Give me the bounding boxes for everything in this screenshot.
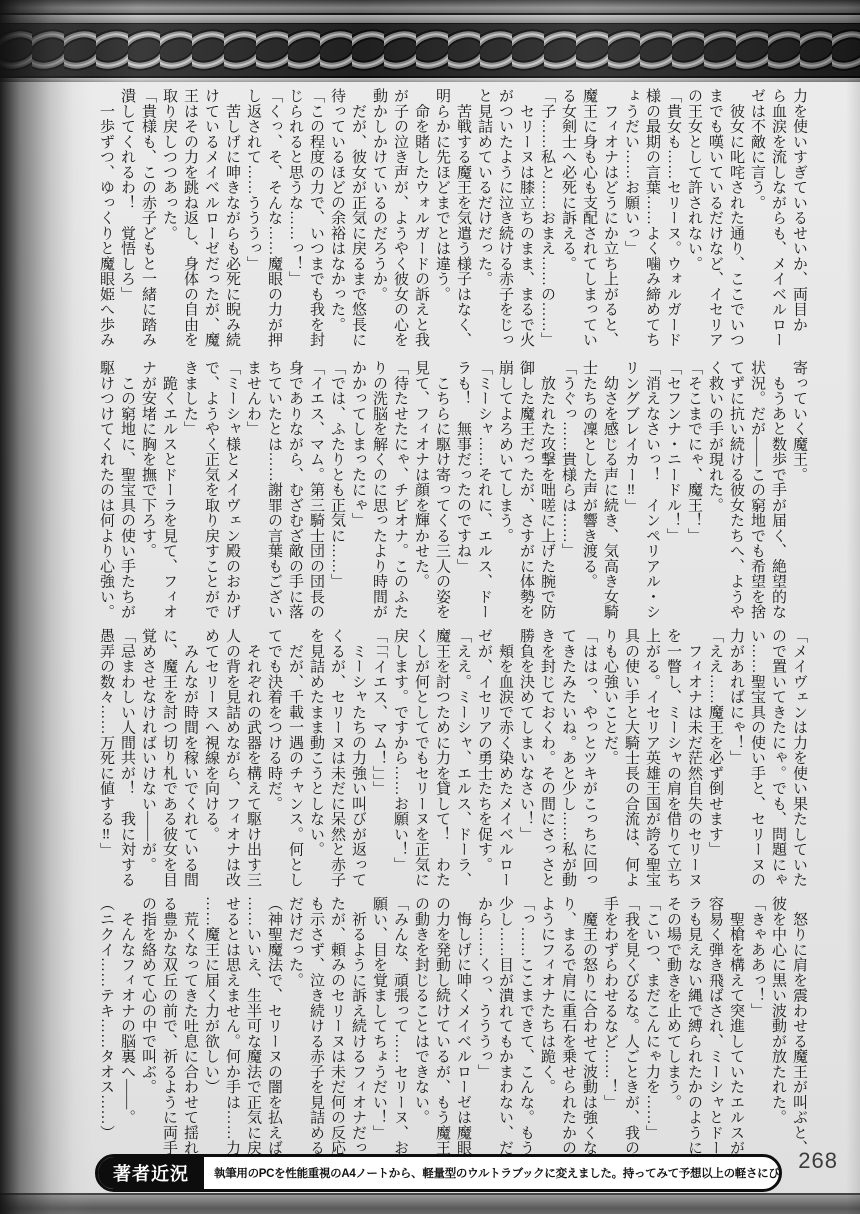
text-column: ……いいえ、生半可な魔法で正気に戻 [242,896,263,1158]
text-column: 「ミーシャ様とメイヴェン殿のおかげ [221,360,242,622]
text-column: 崩してよろめいてしまう。 [494,360,515,622]
text-column: 状況。だが——この窮地でも希望を捨 [746,360,767,622]
text-column: 「ミーシャ……それに、エルス、ドー [473,360,494,622]
text-column: けているメイベルローゼだったが、魔 [200,88,221,350]
text-band-4: 怒りに肩を震わせる魔王が叫ぶと、彼を中心に黒い波動が放たれた。「きゃああっ！」 … [95,896,809,1158]
text-column: 「っ……ここまできて、こんな。もう [515,896,536,1158]
text-column: きました」 [179,360,200,622]
text-column: ようにフィオナたちは跪く。 [536,896,557,1158]
author-status-text: 執筆用のPCを性能重視のA4ノートから、軽量型のウルトラブックに変えました。持っ… [204,1157,782,1189]
text-column: 彼を中心に黒い波動が放たれた。 [767,896,788,1158]
text-column: セリーヌは膝立ちのまま、まるで火 [515,88,536,350]
text-column: りの洗脳を解くのに思ったより時間が [368,360,389,622]
text-column: たが、頼みのセリーヌは未だ何の反応 [326,896,347,1158]
text-column: フィオナは未だ茫然自失のセリーヌ [683,628,704,890]
text-column: の力を発動し続けているが、もう魔王 [431,896,452,1158]
text-column: 「みんな、頑張って……セリーヌ、お [389,896,410,1158]
text-column: ラも見えない縄で縛られたかのように [683,896,704,1158]
author-status-label: 著者近況 [98,1157,204,1189]
text-column: くしが何としてでもセリーヌを正気に [410,628,431,890]
text-column: の動きを封じることはできない。 [410,896,431,1158]
text-column: の王女として許されない。 [683,88,704,350]
text-column: 彼女に叱咤された通り、ここでいつ [725,88,746,350]
text-column: 放たれた攻撃を咄嗟に上げた腕で防 [536,360,557,622]
text-column: 駆けつけてくれたのは何より心強い。 [95,360,116,622]
text-column: 「くっ、そ、そんな……魔眼の力が押 [263,88,284,350]
text-column: 聖槍を構えて突進していたエルスが [725,896,746,1158]
text-column: ませんわ」 [242,360,263,622]
text-column: と見詰めているだけだった。 [473,88,494,350]
text-column: みんなが時間を稼いでくれている間 [179,628,200,890]
text-column: 「ええ……魔王を必ず倒せます」 [704,628,725,890]
text-column: 寄っていく魔王。 [788,360,809,622]
text-column: 待っているほどの余裕はなかった。 [326,88,347,350]
text-column: めてセリーヌへ視線を向ける。 [200,628,221,890]
text-band-3: 「メイヴェンは力を使い果たしていたので置いてきたにゃ。でも、問題にゃい……聖宝具… [95,628,809,890]
text-column: 「忌まわしい人間共が！ 我に対する [116,628,137,890]
text-column: 御した魔王だったが、さすがに体勢を [515,360,536,622]
text-column: こちらに駆け寄ってくる三人の姿を [431,360,452,622]
text-column: じられると思うな……っ！」 [284,88,305,350]
text-column: 「待たせたにゃ、チビオナ。このふた [389,360,410,622]
text-column: ゼは不敵に言う。 [746,88,767,350]
page-number: 268 [798,1148,838,1174]
text-column: 「「「イエス、マム！」」」 [368,628,389,890]
text-column: が子の泣き声が、ようやく彼女の心を [389,88,410,350]
text-column: くるが、セリーヌは未だに呆然と赤子 [326,628,347,890]
text-column: 容易く弾き飛ばされ、ミーシャとドー [704,896,725,1158]
text-column: フィオナはどうにか立ち上がると、 [599,88,620,350]
book-page: { "page": { "number": "268", "bands": [ … [0,0,860,1214]
text-column: も示さず、泣き続ける赤子を見詰める [305,896,326,1158]
metal-bar-silver [0,15,860,23]
text-column: 「そこまでにゃ、魔王！」 [683,360,704,622]
text-column: その場で動きを止めてしまう。 [662,896,683,1158]
right-edge-shade [846,0,860,1214]
text-column: 魔王の怒りに合わせて波動は強くな [578,896,599,1158]
text-column: だが、彼女が正気に戻るまで悠長に [347,88,368,350]
text-column: 人の背を見詰めながら、フィオナは改 [221,628,242,890]
text-column: 力を使いすぎているせいか、両目か [788,88,809,350]
text-column: そんなフィオナの脳裏へ——。 [116,896,137,1158]
text-column: 怒りに肩を震わせる魔王が叫ぶと、 [788,896,809,1158]
text-column: 苦しげに呻きながらも必死に睨み続 [221,88,242,350]
text-column: い……聖宝具の使い手と、セリーヌの [746,628,767,890]
text-column: 「ははっ、やっとツキがこっちに回っ [578,628,599,890]
text-column: 頬を血涙で赤く染めたメイベルロー [494,628,515,890]
text-column: 命を賭したウォルガードの訴えと我 [410,88,431,350]
text-column: 「メイヴェンは力を使い果たしていた [788,628,809,890]
text-column: 取り戻しつつあった。 [158,88,179,350]
text-column: る豊かな双丘の前で、祈るように両手 [158,896,179,1158]
text-column: ら血涙を流しながらも、メイベルロー [767,88,788,350]
text-column: ちていたとは……謝罪の言葉もござい [263,360,284,622]
text-column: 魔王を討つために力を貸して！ わた [431,628,452,890]
text-column: に、魔王を討つ切り札である彼女を目 [158,628,179,890]
text-column: までも嘆いているだけなど、イセリア [704,88,725,350]
text-column: （ニクイ……テキ……タオス……） [95,896,116,1158]
text-column: 見て、フィオナは顔を輝かせた。 [410,360,431,622]
text-column: ナが安堵に胸を撫で下ろす。 [137,360,158,622]
text-column: り、まるで肩に重石を乗せられたかの [557,896,578,1158]
text-column: 手をわずらわせるなど……！」 [599,896,620,1158]
text-column: 「ええ。ミーシャ、エルス、ドーラ、 [452,628,473,890]
text-column: 身でありながら、むざむざ敵の手に落 [284,360,305,622]
text-column: 具の使い手と大騎士長の合流は、何よ [620,628,641,890]
text-column: 覚めさせなければいけない——が。 [137,628,158,890]
text-column: 幼さを感じる声に続き、気高き女騎 [599,360,620,622]
text-column: を見詰めたまま動こうとしない。 [305,628,326,890]
text-column: 「では、ふたりとも正気に……」 [326,360,347,622]
text-column: 戻します。ですから……お願い！」 [389,628,410,890]
text-column: 「イエス、マム。第三騎士団の団長の [305,360,326,622]
text-column: 「うぐっ……貴様らは……」 [557,360,578,622]
text-column: 様の最期の言葉……よく噛み締めてち [641,88,662,350]
text-column: 祈るように訴え続けるフィオナだっ [347,896,368,1158]
text-column: 明らかに先ほどまでとは違う。 [431,88,452,350]
text-column: リングブレイカー‼」 [620,360,641,622]
text-column: それぞれの武器を構えて駆け出す三 [242,628,263,890]
text-column: 愚弄の数々……万死に値する‼」 [95,628,116,890]
text-column: だけだった。 [284,896,305,1158]
metal-bar-highlight [0,78,860,82]
text-column: 動かしかけているのだろうか。 [368,88,389,350]
text-column: 王はその力を跳ね返し、身体の自由を [179,88,200,350]
text-column: もうあと数歩で手が届く、絶望的な [767,360,788,622]
text-column: ……魔王に届く力が欲しい） [200,896,221,1158]
text-column: し返されて……うううっ」 [242,88,263,350]
text-column: ので置いてきたにゃ。でも、問題にゃ [767,628,788,890]
text-column: 「きゃああっ！」 [746,896,767,1158]
text-band-2: 寄っていく魔王。 もうあと数歩で手が届く、絶望的な状況。だが——この窮地でも希望… [95,360,809,622]
text-column: 苦戦する魔王を気遣う様子はなく、 [452,88,473,350]
text-column: てでも決着をつける時だ。 [263,628,284,890]
text-column: 魔王に身も心も支配されてしまってい [578,88,599,350]
text-column: （神聖魔法で、セリーヌの闇を払えば [263,896,284,1158]
text-column: かかってしまったにゃ」 [347,360,368,622]
text-column: 「貴女も……セリーヌ。ウォルガード [662,88,683,350]
text-column: で、ようやく正気を取り戻すことがで [200,360,221,622]
text-column: だが、千載一遇のチャンス。何とし [284,628,305,890]
text-column: 悔しげに呻くメイベルローゼは魔眼 [452,896,473,1158]
text-column: りも心強いことだ。 [599,628,620,890]
text-column: 「こいつ、まだこんにゃ力を……」 [641,896,662,1158]
text-column: 力があればにゃ！」 [725,628,746,890]
text-column: から……くっ、うううっ」 [473,896,494,1158]
text-column: る女剣士へ必死に訴える。 [557,88,578,350]
bottom-edge-band [0,1193,860,1214]
text-column: 「この程度の力で、いつまでも我を封 [305,88,326,350]
text-column: きを封じておくわ。その間にさっさと [536,628,557,890]
text-column: ラも！ 無事だったのですね」 [452,360,473,622]
text-column: 跪くエルスとドーラを見て、フィオ [158,360,179,622]
text-column: 勝負を決めてしまいなさい！」 [515,628,536,890]
text-column: 「貴様も、この赤子どもと一緒に踏み [137,88,158,350]
knotwork-pattern-icon [0,24,860,76]
text-column: ゼが、イセリアの勇士たちを促す。 [473,628,494,890]
text-column: 荒くなってきた吐息に合わせて揺れ [179,896,200,1158]
text-column: せるとは思えません。何か手は……力 [221,896,242,1158]
text-column: を一瞥し、ミーシャの肩を借りて立ち [662,628,683,890]
text-column: がついたように泣き続ける赤子をじっ [494,88,515,350]
text-column: ょうだい……お願いっ」 [620,88,641,350]
text-column: 「消えなさいっ！ インペリアル・シ [641,360,662,622]
text-column: 少し……目が潰れてもかまわない、だ [494,896,515,1158]
metal-bar-top [0,0,860,15]
text-column: 潰してくれるわ！ 覚悟しろ」 [116,88,137,350]
text-column: てきたみたいね。あと少し……私が動 [557,628,578,890]
celtic-knot-border [0,0,860,82]
author-status-bar: 著者近況 執筆用のPCを性能重視のA4ノートから、軽量型のウルトラブックに変えま… [95,1154,782,1192]
text-column: 士たちの凜とした声が響き渡る。 [578,360,599,622]
text-band-1: 力を使いすぎているせいか、両目から血涙を流しながらも、メイベルローゼは不敵に言う… [95,88,809,350]
text-column: 「我を見くびるな。人ごときが、我の [620,896,641,1158]
text-column: 一歩ずつ、ゆっくりと魔眼姫へ歩み [95,88,116,350]
text-column: 願い、目を覚ましてちょうだい！」 [368,896,389,1158]
text-column: 上がる。イセリア英雄王国が誇る聖宝 [641,628,662,890]
knotwork-band [0,23,860,78]
text-column: 「セフンナ・ニードル！」 [662,360,683,622]
text-column: この窮地に、聖宝具の使い手たちが [116,360,137,622]
text-column: く救いの手が現れた。 [704,360,725,622]
text-column: てずに抗い続ける彼女たちへ、ようや [725,360,746,622]
text-column: 「子……私と……おまえ……の……」 [536,88,557,350]
spine-shadow [0,0,92,1214]
text-column: ミーシャたちの力強い叫びが返って [347,628,368,890]
text-column: の指を絡めて心の中で叫ぶ。 [137,896,158,1158]
